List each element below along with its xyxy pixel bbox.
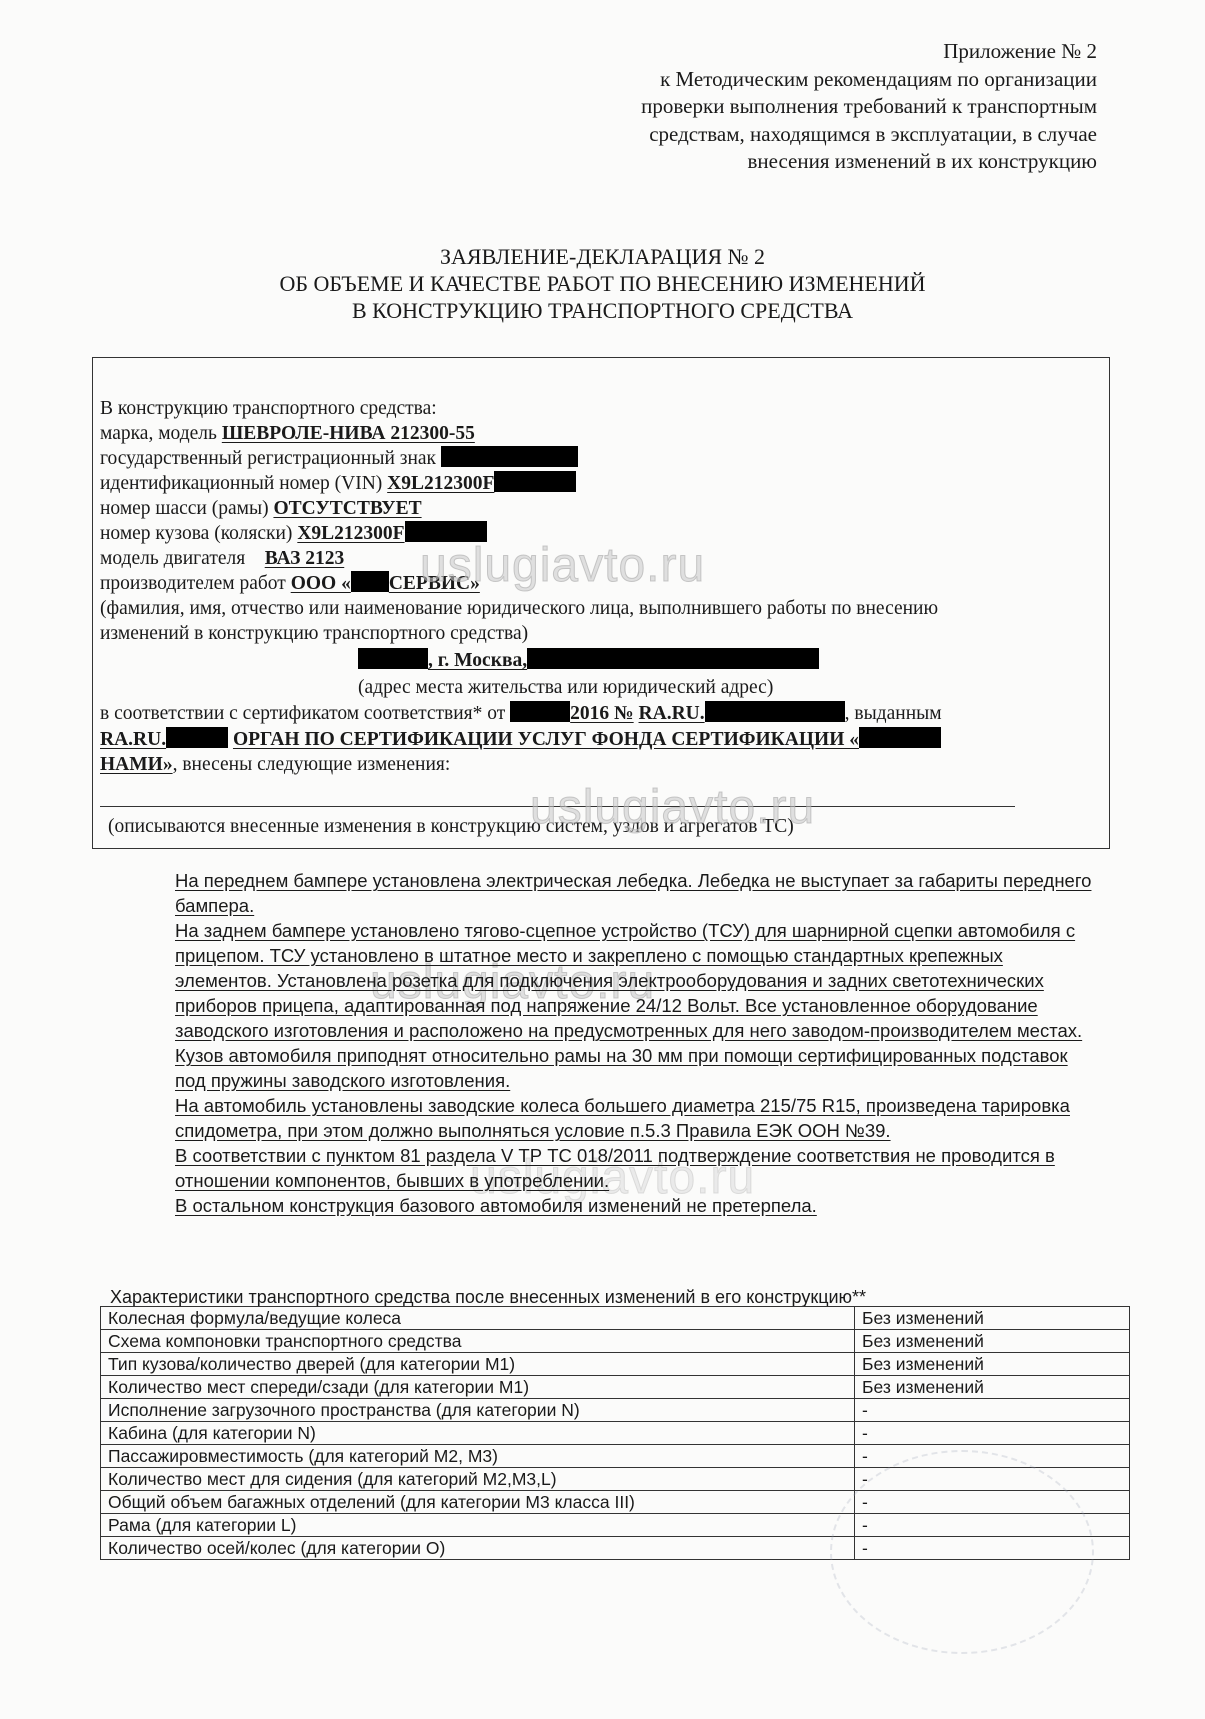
title-line: ЗАЯВЛЕНИЕ-ДЕКЛАРАЦИЯ № 2	[0, 243, 1205, 270]
row-value: Без изменений	[855, 1353, 1130, 1376]
change-text: На автомобиль установлены заводские коле…	[175, 1095, 1070, 1141]
change-paragraph: В соответствии с пунктом 81 раздела V ТР…	[110, 1143, 1100, 1193]
table-row: Схема компоновки транспортного средстваБ…	[101, 1330, 1130, 1353]
cert-issued: , выданным	[845, 703, 942, 724]
vin-line: идентификационный номер (VIN) X9L212300F	[100, 471, 576, 496]
maker-note-1: (фамилия, имя, отчество или наименование…	[100, 596, 938, 621]
row-name: Количество мест для сидения (для категор…	[101, 1468, 855, 1491]
appendix-line: к Методическим рекомендациям по организа…	[641, 66, 1097, 94]
cert-label: в соответствии с сертификатом соответств…	[100, 703, 505, 724]
reg-label: государственный регистрационный знак	[100, 448, 436, 469]
document-title: ЗАЯВЛЕНИЕ-ДЕКЛАРАЦИЯ № 2 ОБ ОБЪЕМЕ И КАЧ…	[0, 243, 1205, 324]
change-text: В остальном конструкция базового автомоб…	[175, 1195, 817, 1216]
maker-note-text: (фамилия, имя, отчество или наименование…	[100, 598, 938, 619]
appendix-line: внесения изменений в их конструкцию	[641, 148, 1097, 176]
appendix-line: проверки выполнения требований к транспо…	[641, 93, 1097, 121]
address-note: (адрес места жительства или юридический …	[358, 675, 773, 700]
body-value: X9L212300F	[297, 523, 404, 544]
address-line: , г. Москва,	[358, 648, 819, 673]
cert-line: в соответствии с сертификатом соответств…	[100, 701, 942, 726]
characteristics-caption: Характеристики транспортного средства по…	[110, 1287, 866, 1308]
redaction	[358, 648, 428, 669]
address-note-text: (адрес места жительства или юридический …	[358, 677, 773, 698]
change-text: На заднем бампере установлено тягово-сце…	[175, 920, 1082, 1041]
changes-description: На переднем бампере установлена электрич…	[110, 868, 1100, 1218]
row-value: Без изменений	[855, 1376, 1130, 1399]
row-name: Исполнение загрузочного пространства (дл…	[101, 1399, 855, 1422]
change-paragraph: На переднем бампере установлена электрич…	[110, 868, 1100, 918]
org-prefix: RA.RU.	[100, 729, 166, 750]
change-text: В соответствии с пунктом 81 раздела V ТР…	[175, 1145, 1055, 1191]
redaction	[166, 727, 228, 748]
body-label: номер кузова (коляски)	[100, 523, 292, 544]
table-row: Количество мест спереди/сзади (для катег…	[101, 1376, 1130, 1399]
title-line: В КОНСТРУКЦИЮ ТРАНСПОРТНОГО СРЕДСТВА	[0, 297, 1205, 324]
table-row: Кабина (для категории N)-	[101, 1422, 1130, 1445]
redaction	[351, 571, 389, 592]
row-name: Общий объем багажных отделений (для кате…	[101, 1491, 855, 1514]
chassis-line: номер шасси (рамы) ОТСУТСТВУЕТ	[100, 496, 422, 521]
change-text: Кузов автомобиля приподнят относительно …	[175, 1045, 1068, 1091]
reg-line: государственный регистрационный знак	[100, 446, 578, 471]
title-line: ОБ ОБЪЕМЕ И КАЧЕСТВЕ РАБОТ ПО ВНЕСЕНИЮ И…	[0, 270, 1205, 297]
change-paragraph: На автомобиль установлены заводские коле…	[110, 1093, 1100, 1143]
row-value: Без изменений	[855, 1330, 1130, 1353]
appendix-line: средствам, находящимся в эксплуатации, в…	[641, 121, 1097, 149]
row-name: Рама (для категории L)	[101, 1514, 855, 1537]
appendix-header: Приложение № 2 к Методическим рекомендац…	[641, 38, 1097, 176]
redaction	[859, 727, 941, 748]
stamp-mark	[830, 1450, 1094, 1654]
maker-note-2: изменений в конструкцию транспортного ср…	[100, 621, 528, 646]
org-line: RA.RU. ОРГАН ПО СЕРТИФИКАЦИИ УСЛУГ ФОНДА…	[100, 727, 941, 752]
change-paragraph: На заднем бампере установлено тягово-сце…	[110, 918, 1100, 1043]
row-name: Колесная формула/ведущие колеса	[101, 1307, 855, 1330]
change-paragraph: Кузов автомобиля приподнят относительно …	[110, 1043, 1100, 1093]
org-line-2: НАМИ», внесены следующие изменения:	[100, 752, 450, 777]
maker-label: производителем работ	[100, 573, 286, 594]
maker-prefix: ООО «	[291, 573, 351, 594]
changes-intro: , внесены следующие изменения:	[173, 754, 451, 775]
cert-year: 2016 №	[570, 703, 633, 724]
engine-label: модель двигателя	[100, 548, 245, 569]
make-value: ШЕВРОЛЕ-НИВА 212300-55	[222, 423, 475, 444]
org-name: ОРГАН ПО СЕРТИФИКАЦИИ УСЛУГ ФОНДА СЕРТИФ…	[233, 729, 859, 750]
row-name: Кабина (для категории N)	[101, 1422, 855, 1445]
table-row: Колесная формула/ведущие колесаБез измен…	[101, 1307, 1130, 1330]
redaction	[527, 648, 819, 669]
intro-text: В конструкцию транспортного средства:	[100, 398, 437, 419]
row-name: Тип кузова/количество дверей (для катего…	[101, 1353, 855, 1376]
redaction	[705, 701, 845, 722]
watermark: uslugiavto.ru	[530, 780, 815, 835]
redaction	[494, 471, 576, 492]
engine-line: модель двигателя ВАЗ 2123	[100, 546, 344, 571]
table-row: Исполнение загрузочного пространства (дл…	[101, 1399, 1130, 1422]
make-line: марка, модель ШЕВРОЛЕ-НИВА 212300-55	[100, 421, 475, 446]
address-value: , г. Москва,	[428, 650, 527, 671]
chassis-value: ОТСУТСТВУЕТ	[273, 498, 421, 519]
row-value: -	[855, 1422, 1130, 1445]
org-suffix: НАМИ»	[100, 754, 173, 775]
vin-label: идентификационный номер (VIN)	[100, 473, 382, 494]
redaction	[510, 701, 570, 722]
make-label: марка, модель	[100, 423, 217, 444]
change-paragraph: В остальном конструкция базового автомоб…	[110, 1193, 1100, 1218]
row-name: Количество мест спереди/сзади (для катег…	[101, 1376, 855, 1399]
vin-value: X9L212300F	[387, 473, 494, 494]
cert-number-prefix: RA.RU.	[639, 703, 705, 724]
intro-line: В конструкцию транспортного средства:	[100, 396, 437, 421]
table-row: Тип кузова/количество дверей (для катего…	[101, 1353, 1130, 1376]
watermark: uslugiavto.ru	[420, 538, 705, 593]
redaction	[441, 446, 578, 467]
row-value: Без изменений	[855, 1307, 1130, 1330]
row-name: Пассажировместимость (для категорий М2, …	[101, 1445, 855, 1468]
change-text: На переднем бампере установлена электрич…	[175, 870, 1091, 916]
row-name: Схема компоновки транспортного средства	[101, 1330, 855, 1353]
row-name: Количество осей/колес (для категории O)	[101, 1537, 855, 1560]
row-value: -	[855, 1399, 1130, 1422]
chassis-label: номер шасси (рамы)	[100, 498, 269, 519]
engine-value: ВАЗ 2123	[265, 548, 345, 569]
maker-note-text: изменений в конструкцию транспортного ср…	[100, 623, 528, 644]
appendix-line: Приложение № 2	[641, 38, 1097, 66]
